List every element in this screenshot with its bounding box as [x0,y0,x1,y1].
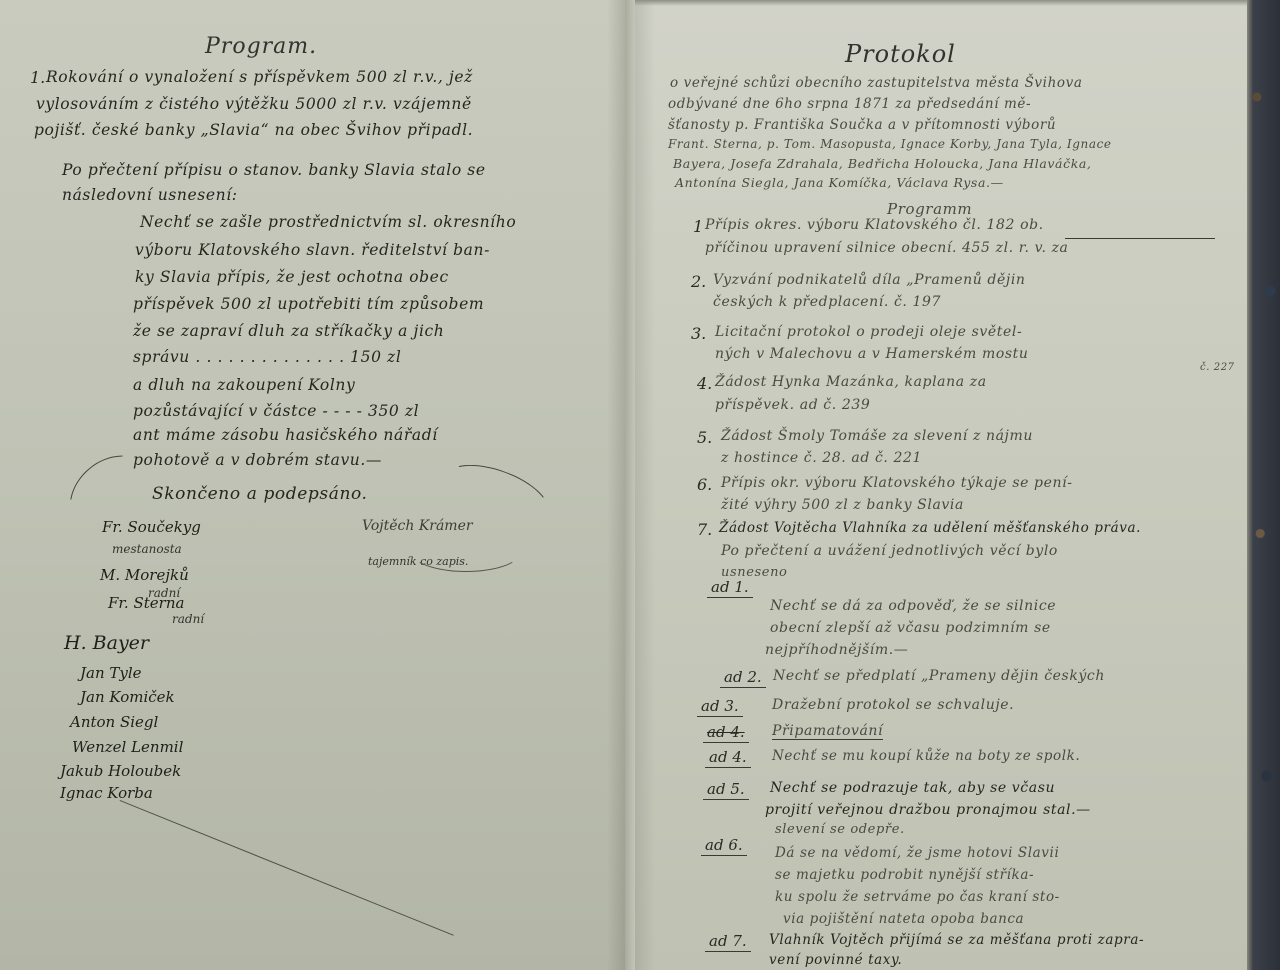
program-item-line: Přípis okr. výboru Klatovského týkaje se… [721,475,1073,491]
right-page: Protokol o veřejné schůzi obecního zastu… [635,0,1247,970]
resolution-line: slevení se odepře. [775,822,905,837]
resolution-label: ad 4. [705,748,751,768]
resolution-line: Nechť se dá za odpověď, že se silnice [770,598,1056,614]
program-item-line: Žádost Hynka Mazánka, kaplana za [715,374,987,390]
resolution-line: Vlahník Vojtěch přijímá se za měšťana pr… [769,932,1144,948]
program-item-line: Přípis okres. výboru Klatovského čl. 182… [705,217,1044,233]
protocol-intro-line: odbývané dne 6ho srpna 1871 za předsedán… [668,96,1031,112]
left-page: Program. 1. Rokování o vynaložení s přís… [0,0,625,970]
resolution-line: ky Slavia přípis, že jest ochotna obec [135,268,449,286]
resolution-line: a dluh na zakoupení Kolny [133,376,355,394]
signature: Ignac Korba [60,784,153,802]
left-page-title: Program. [205,34,317,59]
resolution-line: pohotově a v dobrém stavu.— [133,451,382,469]
signature-flourish [410,530,522,572]
program-item-line: žité výhry 500 zl z banky Slavia [721,497,964,513]
signature: Fr. Sterna [108,594,184,612]
page-top-shadow [635,0,1247,6]
resolution-line: Připamatování [772,723,883,740]
signature: M. Morejků [100,566,189,584]
resolution-line: Dá se na vědomí, že jsme hotovi Slavii [775,845,1059,861]
program-item-line: příspěvek. ad č. 239 [715,397,870,413]
signature: H. Bayer [64,632,149,654]
resolution-label: ad 6. [701,836,747,856]
program-item-note: č. 227 [1200,362,1235,373]
program-item-line: z hostince č. 28. ad č. 221 [721,450,922,466]
marbled-cover-edge [1247,0,1280,970]
resolution-line: ant máme zásobu hasičského nářadí [133,426,438,444]
protocol-intro-line: Frant. Sterna, p. Tom. Masopusta, Ignace… [668,137,1112,151]
program-item-line: Licitační protokol o prodeji oleje světe… [715,324,1022,340]
item-number: 1. [30,68,45,87]
signature-role: mestanosta [112,542,182,556]
resolution-line: příspěvek 500 zl upotřebiti tím způsobem [133,295,484,313]
resolution-line: správu . . . . . . . . . . . . . . 150 z… [133,348,401,366]
program-item-number: 5. [697,428,712,447]
annotation-underline [1065,238,1215,239]
program-item-line: Žádost Vojtěcha Vlahníka za udělení měšť… [719,520,1141,536]
signature: Wenzel Lenmil [72,738,183,756]
program-item-line: Vyzvání podnikatelů díla „Pramenů dějin [713,272,1026,288]
program-item-line: ných v Malechovu a v Hamerském mostu [715,346,1028,362]
program-item-number: 1 [693,217,703,236]
resolution-line: pozůstávající v částce - - - - 350 zl [133,402,419,420]
item1-line: Rokování o vynaložení s příspěvkem 500 z… [46,68,473,86]
program-item-line: Žádost Šmoly Tomáše za slevení z nájmu [721,428,1033,444]
resolution-label: ad 5. [703,780,749,800]
resolution-line: Dražební protokol se schvaluje. [772,697,1014,713]
resolution-line: Nechť se mu koupí kůže na boty ze spolk. [772,748,1080,764]
resolution-label-struck: ad 4. [703,723,749,743]
resolution-label: ad 1. [707,578,753,598]
resolution-line: via pojištění nateta opoba banca [783,911,1024,927]
signature: Jan Tyle [80,664,142,682]
resolution-label: ad 3. [697,697,743,717]
resolution-line: obecní zlepší až včasu podzimním se [770,620,1051,636]
signature: Jakub Holoubek [60,762,181,780]
resolution-label: ad 7. [705,932,751,952]
item1-line: vylosováním z čistého výtěžku 5000 zl r.… [36,95,472,113]
resolution-line: vení povinné taxy. [769,952,902,968]
right-page-title: Protokol [845,40,956,68]
resolution-line: Nechť se zašle prostřednictvím sl. okres… [140,213,516,231]
protocol-intro-line: Antonína Siegla, Jana Komíčka, Václava R… [675,175,1004,190]
program-item-number: 7. [697,520,712,539]
closing-text: Skončeno a podepsáno. [152,484,368,504]
resolution-line: se majetku podrobit nynější stříka- [775,867,1034,883]
program-item-line: Po přečtení a uvážení jednotlivých věcí … [721,543,1058,559]
resolution-label: ad 2. [720,668,766,688]
program-item-line: příčinou upravení silnice obecní. 455 zl… [705,240,1069,256]
program-item-number: 3. [691,324,706,343]
intro-line: následovní usnesení: [62,186,238,204]
resolution-line: nejpříhodnějším.— [765,642,908,658]
item1-line: pojišť. české banky „Slavia“ na obec Švi… [34,121,473,139]
protocol-intro-line: Bayera, Josefa Zdrahala, Bedřicha Holouc… [673,156,1092,171]
book-gutter [625,0,635,970]
signature: Jan Komiček [80,688,175,706]
protocol-intro-line: šťanosty p. Františka Součka a v přítomn… [668,117,1056,133]
signature: Anton Siegl [70,713,158,731]
resolution-line: projití veřejnou dražbou pronajmou stal.… [765,802,1091,818]
signature: Fr. Součekyg [102,518,201,536]
program-item-number: 2. [691,272,706,291]
resolution-line: výboru Klatovského slavn. ředitelství ba… [135,241,490,259]
program-item-line: českých k předplacení. č. 197 [713,294,941,310]
program-item-number: 6. [697,475,712,494]
program-item-number: 4. [697,374,712,393]
open-ledger-spread: Program. 1. Rokování o vynaložení s přís… [0,0,1280,970]
signature-role: radní [172,612,204,626]
protocol-intro-line: o veřejné schůzi obecního zastupitelstva… [670,75,1082,91]
program-title: Programm [887,200,972,218]
resolution-line: že se zapraví dluh za stříkačky a jich [133,322,444,340]
cancel-line [120,800,454,936]
intro-line: Po přečtení přípisu o stanov. banky Slav… [62,161,486,179]
resolution-line: Nechť se předplatí „Prameny dějin českýc… [773,668,1105,684]
resolution-line: Nechť se podrazuje tak, aby se včasu [770,780,1055,796]
resolution-line: ku spolu že setrváme po čas kraní sto- [775,889,1060,905]
